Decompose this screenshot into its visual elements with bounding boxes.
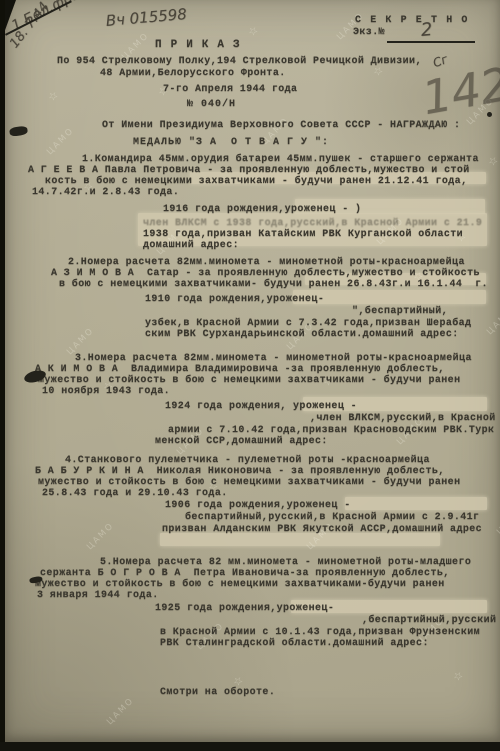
typed-line: 3.Номера расчета 82мм.миномета - миномет…	[75, 353, 472, 364]
scan-backdrop: ЦАМОЦАМОЦАМОЦАМОЦАМОЦАМОЦАМОЦАМОЦАМОЦАМО…	[0, 0, 500, 751]
typed-line: П Р И К А З	[155, 40, 241, 51]
typed-line: 48 Армии,Белорусского Фронта.	[100, 68, 286, 79]
archive-watermark: ЦАМО	[85, 521, 116, 552]
archive-watermark: ЦАМО	[105, 696, 136, 727]
typed-line: 1925 года рождения,уроженец-	[155, 603, 334, 614]
typed-line: 14.7.42г.и 2.8.43 года.	[32, 187, 179, 198]
typed-line: Б А Б У Р К И Н А Николая Никоновича - з…	[35, 466, 445, 477]
copy-number-underline	[387, 41, 475, 43]
typed-line: 7-го Апреля 1944 года	[163, 84, 297, 95]
archive-watermark: ЦАМО	[495, 506, 500, 537]
typed-line: 5.Номера расчета 82 мм.миномета - миноме…	[100, 557, 471, 568]
typed-line: 1916 года рождения,уроженец - )	[163, 204, 361, 215]
typed-line: мужество и стойкость в бою с немецкими з…	[38, 477, 460, 488]
typed-line: Смотри на обороте.	[160, 687, 275, 698]
typed-line: 25.8.43 года и 29.10.43 года.	[42, 488, 228, 499]
typed-line: С Е К Р Е Т Н О	[355, 15, 469, 26]
typed-line: ским РВК Сурхандарьинской области.домашн…	[145, 329, 459, 340]
typed-line: в бою с немецкими захватчиками- будучи р…	[59, 279, 488, 290]
typed-line: армии с 7.10.42 года,призван Красноводск…	[168, 425, 494, 436]
typed-line: От Имени Президиума Верховного Совета СС…	[102, 120, 460, 131]
ink-mark	[487, 112, 492, 117]
typed-line: мужество и стойкость в бою с немецкими з…	[38, 375, 460, 386]
typed-line: сержанта Б О Г Р О В А Петра Ивановича-з…	[40, 568, 450, 579]
typed-line: 1906 года рождения,уроженец -	[165, 500, 351, 511]
typed-line: 3 января 1944 года.	[37, 590, 159, 601]
typed-line: узбек,в Красной Армии с 7.3.42 года,приз…	[145, 318, 471, 329]
typed-line: член ВЛКСМ с 1938 года,русский,в Красной…	[143, 218, 482, 229]
handwritten-mark: Вч 015598	[105, 5, 187, 30]
typed-line: 1.Командира 45мм.орудия батареи 45мм.пуш…	[82, 154, 479, 165]
handwritten-mark: 2	[420, 19, 433, 41]
typed-line: в Красной Армии с 10.1.43 года,призван Ф…	[160, 627, 480, 638]
typed-line: 4.Станкового пулеметчика - пулеметной ро…	[65, 455, 430, 466]
watermark-star-icon: ☆	[245, 23, 261, 39]
redaction-box	[345, 497, 487, 510]
typed-line: № 040/Н	[187, 99, 236, 110]
typed-line: ",беспартийный,	[352, 306, 448, 317]
ink-mark	[9, 125, 28, 136]
typed-line: призван Алданским РВК Якутской АССР,дома…	[162, 524, 482, 535]
archive-watermark: ЦАМО	[485, 306, 500, 337]
typed-line: менской ССР,домашний адрес:	[155, 436, 328, 447]
typed-line: кость в бою с немецкими захватчиками - б…	[45, 176, 467, 187]
typed-line: 10 ноября 1943 года.	[42, 386, 170, 397]
scan-bottom-edge	[0, 742, 500, 751]
typed-line: А К И М О В А Владимира Владимировича -з…	[35, 364, 445, 375]
typed-line: 1938 года,призван Катайским РВК Курганск…	[143, 229, 463, 240]
watermark-star-icon: ☆	[450, 668, 466, 684]
typed-line: 2.Номера расчета 82мм.миномета - миномет…	[68, 257, 465, 268]
archive-watermark: ЦАМО	[45, 126, 76, 157]
typed-line: ,беспартийный,русский	[362, 615, 496, 626]
typed-line: 1910 года рождения,уроженец-	[145, 294, 324, 305]
typed-line: По 954 Стрелковому Полку,194 Стрелковой …	[57, 56, 422, 67]
typed-line: беспартийный,русский,в Красной Армии с 2…	[185, 512, 479, 523]
typed-line: А Г Е Е В А Павла Петровича - за проявле…	[28, 165, 470, 176]
typed-line: домашний адрес:	[143, 240, 239, 251]
document-page: ЦАМОЦАМОЦАМОЦАМОЦАМОЦАМОЦАМОЦАМОЦАМОЦАМО…	[5, 0, 500, 742]
typed-line: 1924 года рождения, уроженец -	[165, 401, 357, 412]
typed-line: А З И М О В А Сатар - за проявленную доб…	[51, 268, 480, 279]
typed-line: МЕДАЛЬЮ "З А О Т В А Г У ":	[133, 137, 329, 148]
typed-line: ,член ВЛКСМ,русский,в Красной	[310, 413, 496, 424]
watermark-star-icon: ☆	[45, 88, 61, 104]
scan-left-edge	[0, 0, 5, 751]
typed-line: мужество и стойкость в бою с немецкими з…	[35, 579, 445, 590]
typed-line: РВК Сталинградской области.домашний адре…	[160, 638, 429, 649]
watermark-star-icon: ☆	[485, 153, 500, 169]
typed-line: Экз.№	[353, 27, 385, 38]
